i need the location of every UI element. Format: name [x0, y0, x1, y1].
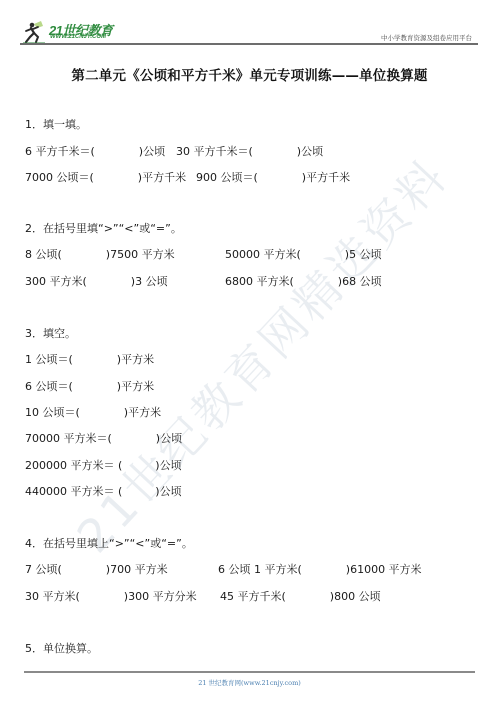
- question-2-item: 50000 平方米( )5 公顷: [225, 246, 382, 262]
- question-3-item: 10 公顷＝( )平方米: [25, 404, 161, 420]
- header-divider: [20, 43, 478, 45]
- footer-text: 21 世纪教育网(www.21cnjy.com): [0, 678, 499, 687]
- question-1-heading: 1．填一填。: [25, 116, 87, 132]
- question-1-item: 7000 公顷＝( )平方千米: [25, 169, 186, 185]
- page-title: 第二单元《公顷和平方千米》单元专项训练——单位换算题: [0, 64, 499, 84]
- question-1-item: 900 公顷＝( )平方千米: [196, 169, 350, 185]
- runner-logo-icon: [23, 20, 45, 44]
- question-2-item: 300 平方米( )3 公顷: [25, 273, 168, 289]
- question-4-heading: 4．在括号里填上“>”“<”或“=”。: [25, 535, 193, 551]
- question-2-item: 6800 平方米( )68 公顷: [225, 273, 382, 289]
- question-3-item: 1 公顷＝( )平方米: [25, 351, 154, 367]
- question-1-item: 6 平方千米＝( )公顷: [25, 143, 165, 159]
- question-2-heading: 2．在括号里填“>”“<”或“=”。: [25, 220, 182, 236]
- footer-divider: [24, 671, 475, 673]
- question-4-item: 30 平方米( )300 平方分米: [25, 588, 197, 604]
- question-4-item: 7 公顷( )700 平方米: [25, 561, 168, 577]
- question-3-item: 440000 平方米＝ ( )公顷: [25, 483, 182, 499]
- header-slogan: 中小学教育资源及组卷应用平台: [381, 33, 472, 42]
- question-1-item: 30 平方千米＝( )公顷: [176, 143, 323, 159]
- question-3-item: 6 公顷＝( )平方米: [25, 378, 154, 394]
- site-logo: 21世纪教育 WWW.21CNJY.COM: [23, 19, 118, 45]
- question-3-item: 200000 平方米＝ ( )公顷: [25, 457, 182, 473]
- question-2-item: 8 公顷( )7500 平方米: [25, 246, 175, 262]
- question-5-heading: 5．单位换算。: [25, 640, 98, 656]
- question-4-item: 6 公顷 1 平方米( )61000 平方米: [218, 561, 422, 577]
- question-3-item: 70000 平方米＝( )公顷: [25, 430, 182, 446]
- question-4-item: 45 平方千米( )800 公顷: [220, 588, 381, 604]
- question-3-heading: 3．填空。: [25, 325, 76, 341]
- page-header: 21世纪教育 WWW.21CNJY.COM 中小学教育资源及组卷应用平台: [0, 0, 499, 50]
- logo-url: WWW.21CNJY.COM: [50, 34, 106, 40]
